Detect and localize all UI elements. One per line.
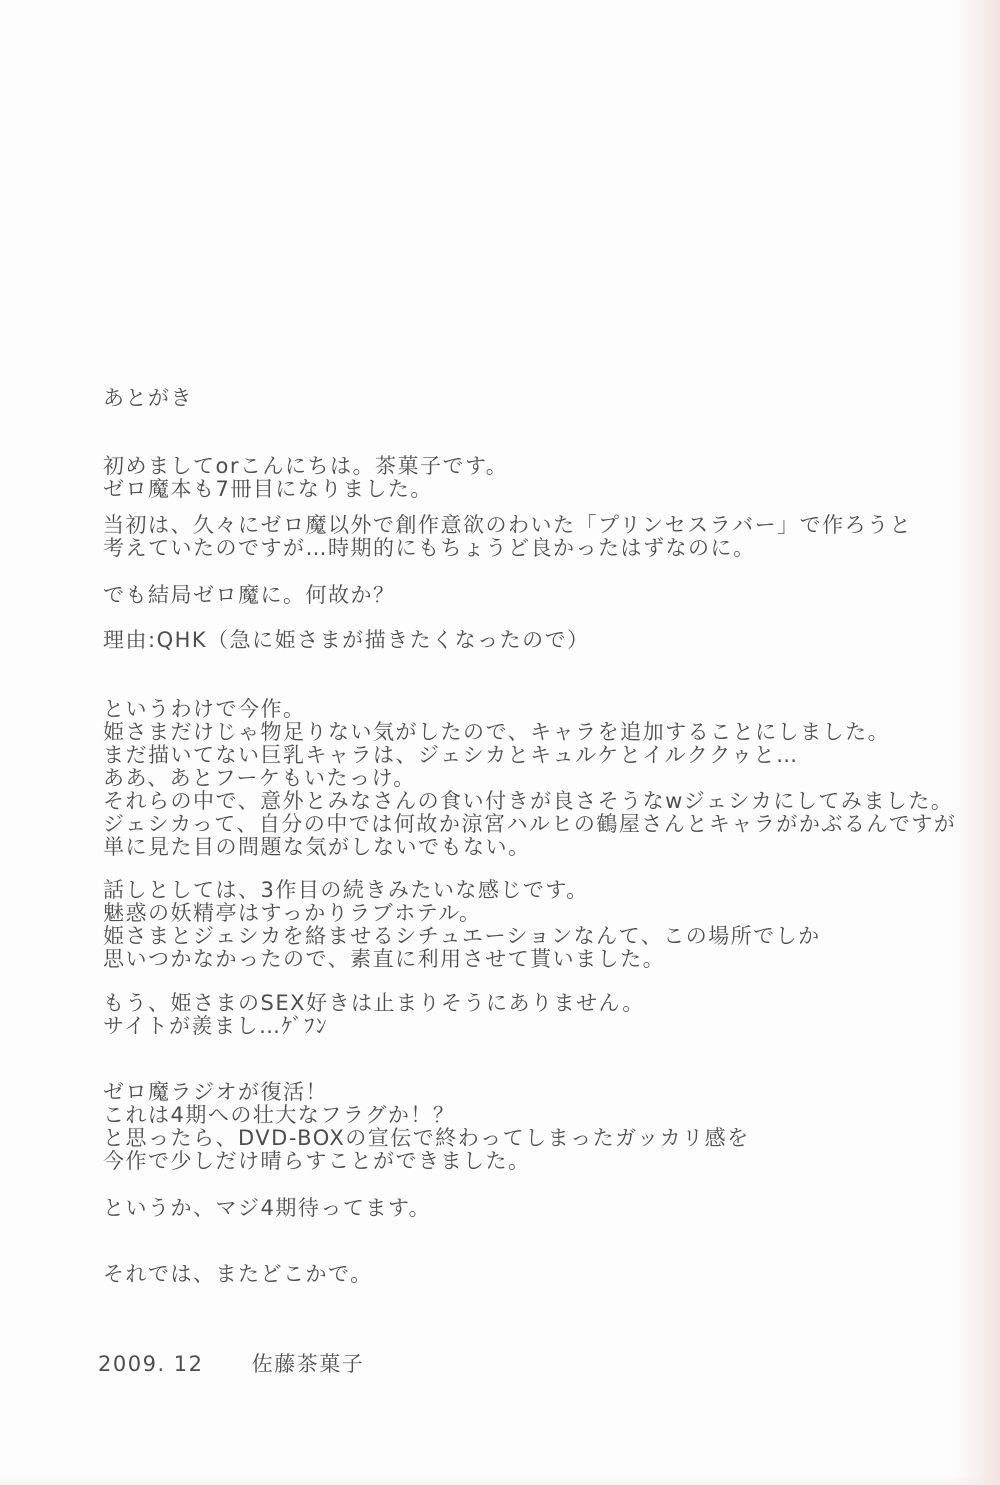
paragraph-reason: 理由:QHK（急に姫さまが描きたくなったので） — [103, 629, 970, 652]
text-line: 初めましてorこんにちは。茶菓子です。 — [103, 455, 970, 478]
text-line: でも結局ゼロ魔に。何故か？ — [103, 584, 970, 607]
text-line: ああ、あとフーケもいたっけ。 — [103, 767, 970, 790]
paragraph-farewell: それでは、またどこかで。 — [103, 1263, 970, 1286]
text-line: というか、マジ4期待ってます。 — [103, 1197, 970, 1220]
author-name: 佐藤茶菓子 — [252, 1352, 365, 1376]
paragraph-characters: というわけで今作。 姫さまだけじゃ物足りない気がしたので、キャラを追加することに… — [103, 698, 970, 859]
text-line: 今作で少しだけ晴らすことができました。 — [103, 1150, 970, 1173]
text-line: 思いつかなかったので、素直に利用させて貰いました。 — [103, 948, 970, 971]
paragraph-aside: もう、姫さまのSEX好きは止まりそうにありません。 サイトが羨まし…ｹﾞﾌﾝ — [103, 992, 970, 1038]
paragraph-story: 話しとしては、3作目の続きみたいな感じです。 魅惑の妖精亭はすっかりラブホテル。… — [103, 879, 970, 971]
text-line: 話しとしては、3作目の続きみたいな感じです。 — [103, 879, 970, 902]
text-line: 考えていたのですが…時期的にもちょうど良かったはずなのに。 — [103, 537, 970, 560]
text-line: もう、姫さまのSEX好きは止まりそうにありません。 — [103, 992, 970, 1015]
text-line: 魅惑の妖精亭はすっかりラブホテル。 — [103, 902, 970, 925]
paragraph-greeting: 初めましてorこんにちは。茶菓子です。 ゼロ魔本も7冊目になりました。 — [103, 455, 970, 501]
text-line: 姫さまとジェシカを絡ませるシチュエーションなんて、この場所でしか — [103, 925, 970, 948]
text-line: と思ったら、DVD-BOXの宣伝で終わってしまったガッカリ感を — [103, 1127, 970, 1150]
text-line: ゼロ魔ラジオが復活！ — [103, 1081, 970, 1104]
text-line: まだ描いてない巨乳キャラは、ジェシカとキュルケとイルククゥと… — [103, 744, 970, 767]
text-line: それらの中で、意外とみなさんの食い付きが良さそうなwジェシカにしてみました。 — [103, 790, 970, 813]
signature-line: 2009. 12 佐藤茶菓子 — [98, 1353, 970, 1376]
text-line: ゼロ魔本も7冊目になりました。 — [103, 478, 970, 501]
afterword-page: あとがき 初めましてorこんにちは。茶菓子です。 ゼロ魔本も7冊目になりました。… — [0, 0, 1000, 1485]
paragraph-why: でも結局ゼロ魔に。何故か？ — [103, 584, 970, 607]
publication-date: 2009. 12 — [98, 1352, 204, 1376]
afterword-content: あとがき 初めましてorこんにちは。茶菓子です。 ゼロ魔本も7冊目になりました。… — [103, 387, 970, 1376]
text-line: ジェシカって、自分の中では何故か涼宮ハルヒの鶴屋さんとキャラがかぶるんですが — [103, 813, 970, 836]
text-line: 当初は、久々にゼロ魔以外で創作意欲のわいた「プリンセスラバー」で作ろうと — [103, 514, 970, 537]
paragraph-season4: というか、マジ4期待ってます。 — [103, 1197, 970, 1220]
text-line: サイトが羨まし…ｹﾞﾌﾝ — [103, 1015, 970, 1038]
paragraph-initial-plan: 当初は、久々にゼロ魔以外で創作意欲のわいた「プリンセスラバー」で作ろうと 考えて… — [103, 514, 970, 560]
text-line: 単に見た目の問題な気がしないでもない。 — [103, 836, 970, 859]
text-line: 理由:QHK（急に姫さまが描きたくなったので） — [103, 629, 970, 652]
text-line: というわけで今作。 — [103, 698, 970, 721]
text-line: 姫さまだけじゃ物足りない気がしたので、キャラを追加することにしました。 — [103, 721, 970, 744]
paragraph-radio: ゼロ魔ラジオが復活！ これは4期への壮大なフラグか！？ と思ったら、DVD-BO… — [103, 1081, 970, 1173]
text-line: これは4期への壮大なフラグか！？ — [103, 1104, 970, 1127]
page-title: あとがき — [103, 387, 970, 410]
text-line: それでは、またどこかで。 — [103, 1263, 970, 1286]
scan-bottom-shadow — [0, 1475, 1000, 1485]
